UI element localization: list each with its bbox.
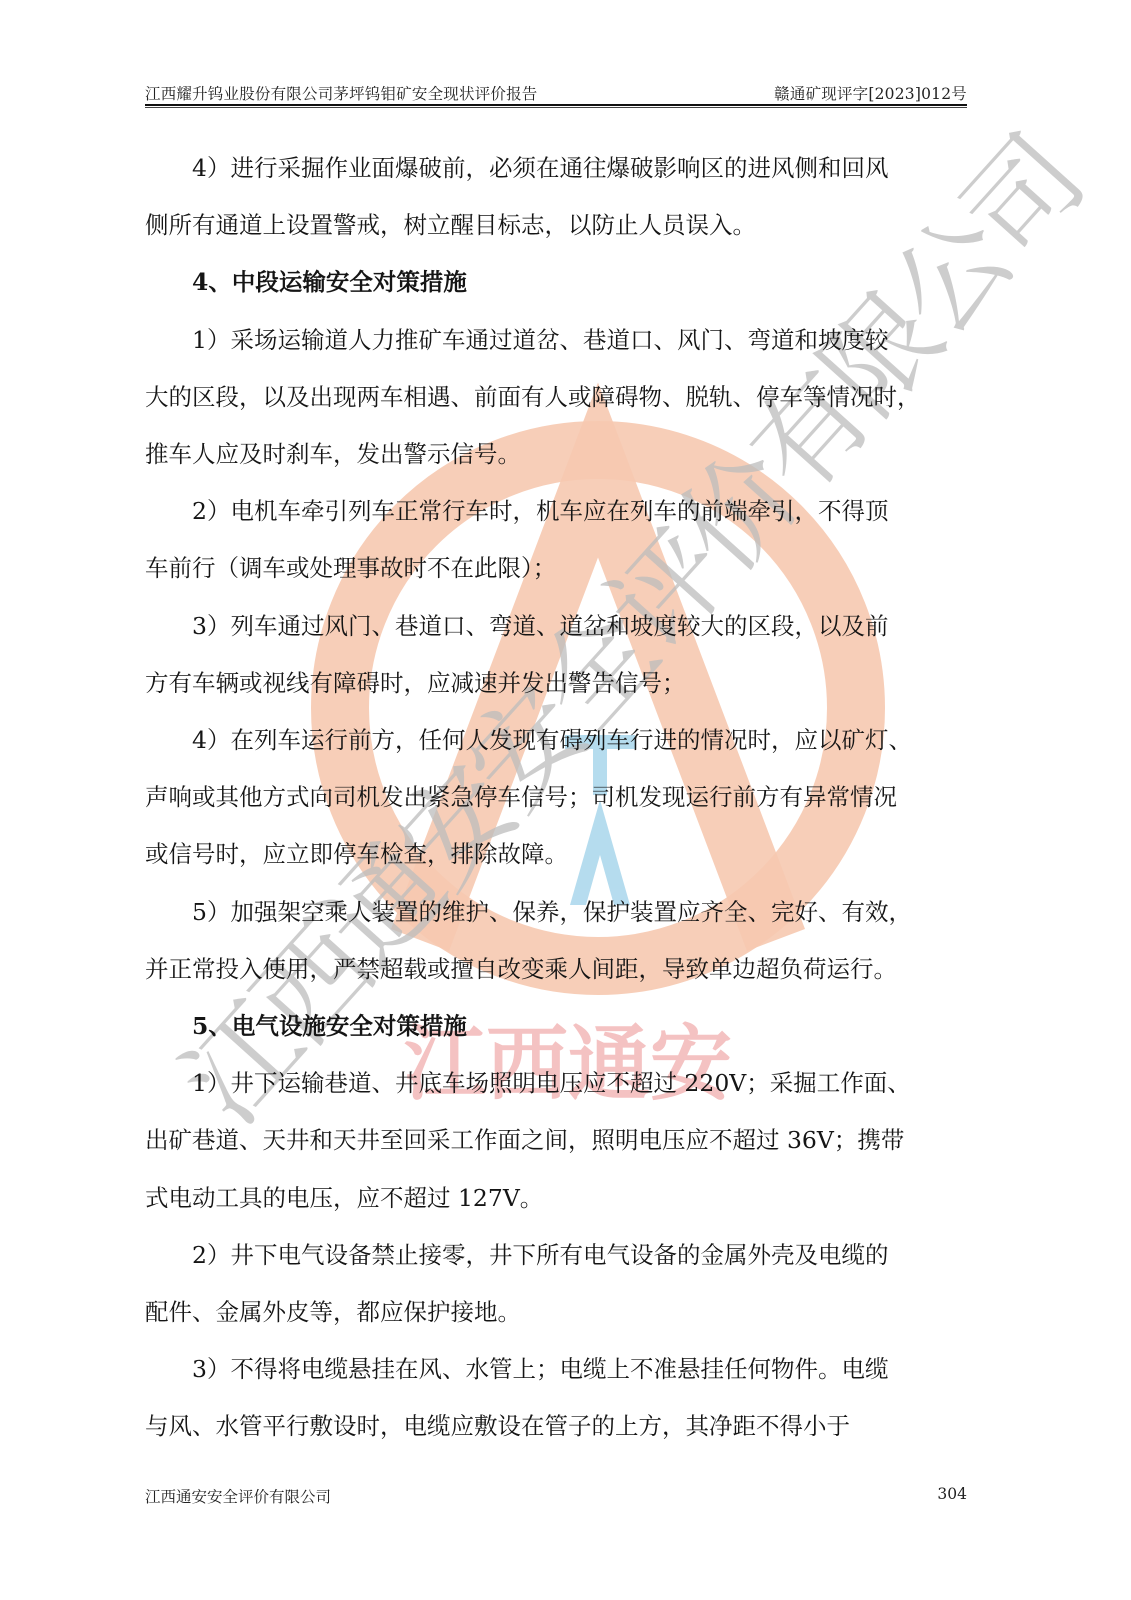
- text-line: 方有车辆或视线有障碍时，应减速并发出警告信号；: [145, 655, 967, 712]
- text-line: 4）进行采掘作业面爆破前，必须在通往爆破影响区的进风侧和回风: [145, 140, 967, 197]
- text-line: 并正常投入使用，严禁超载或擅自改变乘人间距，导致单边超负荷运行。: [145, 941, 967, 998]
- document-body: 4）进行采掘作业面爆破前，必须在通往爆破影响区的进风侧和回风 侧所有通道上设置警…: [145, 140, 967, 1456]
- text-line: 1）井下运输巷道、井底车场照明电压应不超过 220V；采掘工作面、: [145, 1055, 967, 1112]
- text-line: 3）列车通过风门、巷道口、弯道、道岔和坡度较大的区段，以及前: [145, 598, 967, 655]
- header-divider-thin: [145, 107, 967, 108]
- text-line: 与风、水管平行敷设时，电缆应敷设在管子的上方，其净距不得小于: [145, 1398, 967, 1455]
- page-number: 304: [937, 1485, 967, 1507]
- text-line: 式电动工具的电压，应不超过 127V。: [145, 1170, 967, 1227]
- header-report-title: 江西耀升钨业股份有限公司茅坪钨钼矿安全现状评价报告: [145, 82, 538, 104]
- text-line: 车前行（调车或处理事故时不在此限）；: [145, 540, 967, 597]
- text-line: 2）井下电气设备禁止接零，井下所有电气设备的金属外壳及电缆的: [145, 1227, 967, 1284]
- text-line: 配件、金属外皮等，都应保护接地。: [145, 1284, 967, 1341]
- text-line: 大的区段，以及出现两车相遇、前面有人或障碍物、脱轨、停车等情况时，: [145, 369, 967, 426]
- header-reference-number: 赣通矿现评字[2023]012号: [774, 82, 967, 104]
- page-footer: 江西通安安全评价有限公司 304: [145, 1485, 967, 1507]
- text-line: 1）采场运输道人力推矿车通过道岔、巷道口、风门、弯道和坡度较: [145, 312, 967, 369]
- text-line: 出矿巷道、天井和天井至回采工作面之间，照明电压应不超过 36V；携带: [145, 1112, 967, 1169]
- text-line: 推车人应及时刹车，发出警示信号。: [145, 426, 967, 483]
- text-line: 4）在列车运行前方，任何人发现有碍列车行进的情况时，应以矿灯、: [145, 712, 967, 769]
- section-heading: 4、中段运输安全对策措施: [145, 254, 967, 311]
- text-line: 声响或其他方式向司机发出紧急停车信号；司机发现运行前方有异常情况: [145, 769, 967, 826]
- header-divider: [145, 104, 967, 106]
- footer-company-name: 江西通安安全评价有限公司: [145, 1485, 331, 1507]
- section-heading: 5、电气设施安全对策措施: [145, 998, 967, 1055]
- text-line: 5）加强架空乘人装置的维护、保养，保护装置应齐全、完好、有效，: [145, 884, 967, 941]
- text-line: 侧所有通道上设置警戒，树立醒目标志，以防止人员误入。: [145, 197, 967, 254]
- page-header: 江西耀升钨业股份有限公司茅坪钨钼矿安全现状评价报告 赣通矿现评字[2023]01…: [145, 78, 967, 104]
- text-line: 或信号时，应立即停车检查，排除故障。: [145, 826, 967, 883]
- document-page: 江西耀升钨业股份有限公司茅坪钨钼矿安全现状评价报告 赣通矿现评字[2023]01…: [0, 0, 1131, 1600]
- text-line: 2）电机车牵引列车正常行车时，机车应在列车的前端牵引，不得顶: [145, 483, 967, 540]
- text-line: 3）不得将电缆悬挂在风、水管上；电缆上不准悬挂任何物件。电缆: [145, 1341, 967, 1398]
